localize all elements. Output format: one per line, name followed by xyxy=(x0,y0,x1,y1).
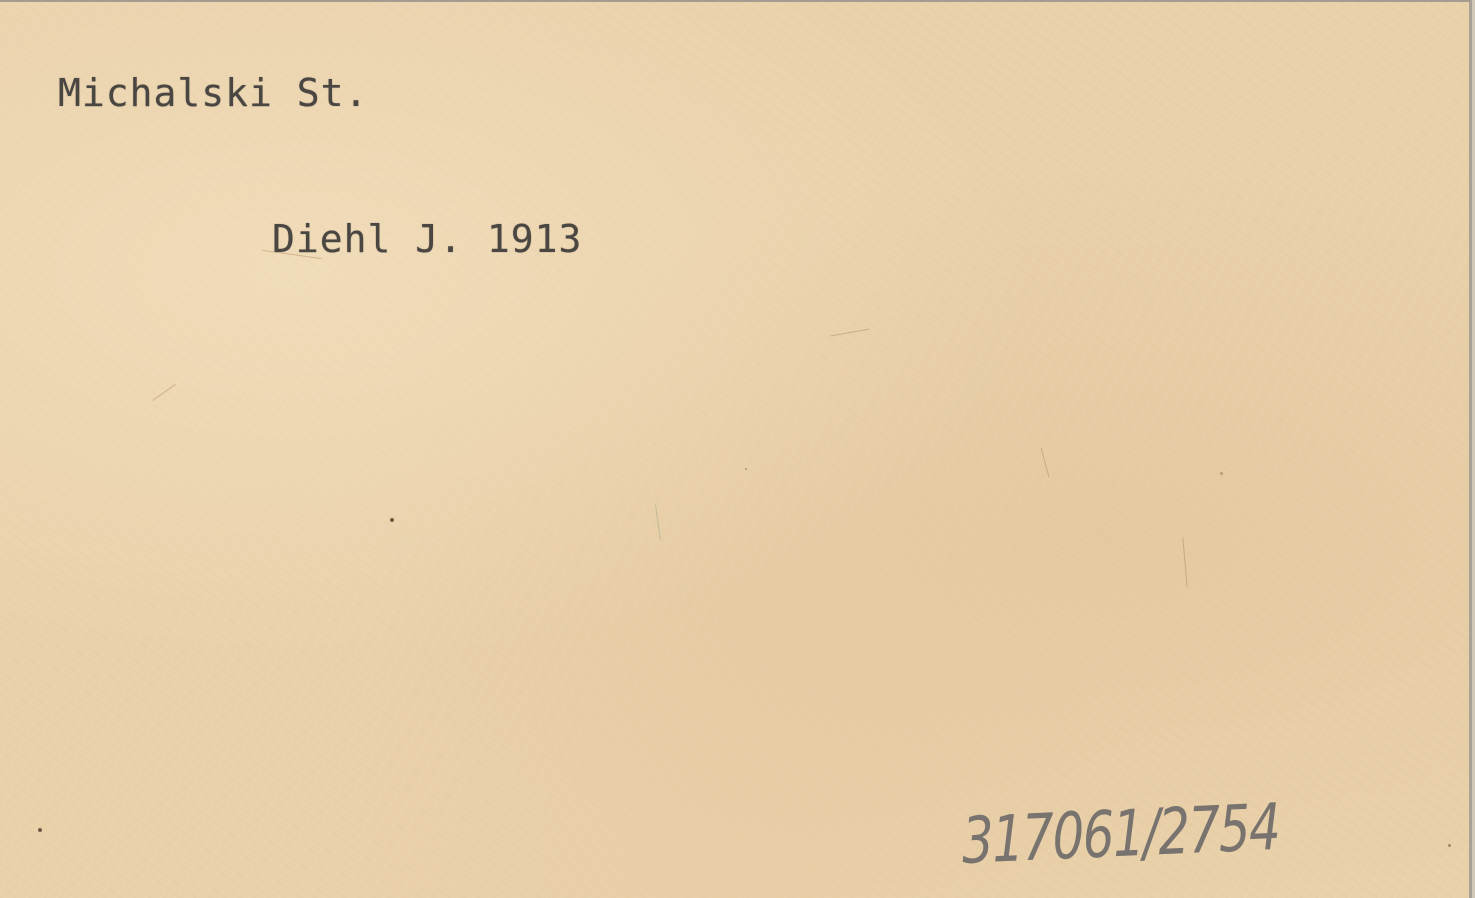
paper-fiber xyxy=(1182,538,1187,588)
paper-speck xyxy=(390,518,394,522)
paper-speck xyxy=(1220,472,1223,475)
paper-speck xyxy=(745,468,747,470)
paper-speck xyxy=(1448,844,1451,847)
card-reference-entry: Diehl J. 1913 xyxy=(272,214,582,264)
handwritten-catalog-number: 317061/2754 xyxy=(961,788,1280,882)
index-card: Michalski St. Diehl J. 1913 317061/2754 xyxy=(0,0,1472,898)
paper-fiber xyxy=(655,505,661,541)
paper-fiber xyxy=(1041,448,1050,477)
paper-speck xyxy=(38,828,42,832)
paper-fiber xyxy=(830,329,870,337)
paper-fiber xyxy=(152,384,176,401)
card-heading-name: Michalski St. xyxy=(58,68,368,118)
